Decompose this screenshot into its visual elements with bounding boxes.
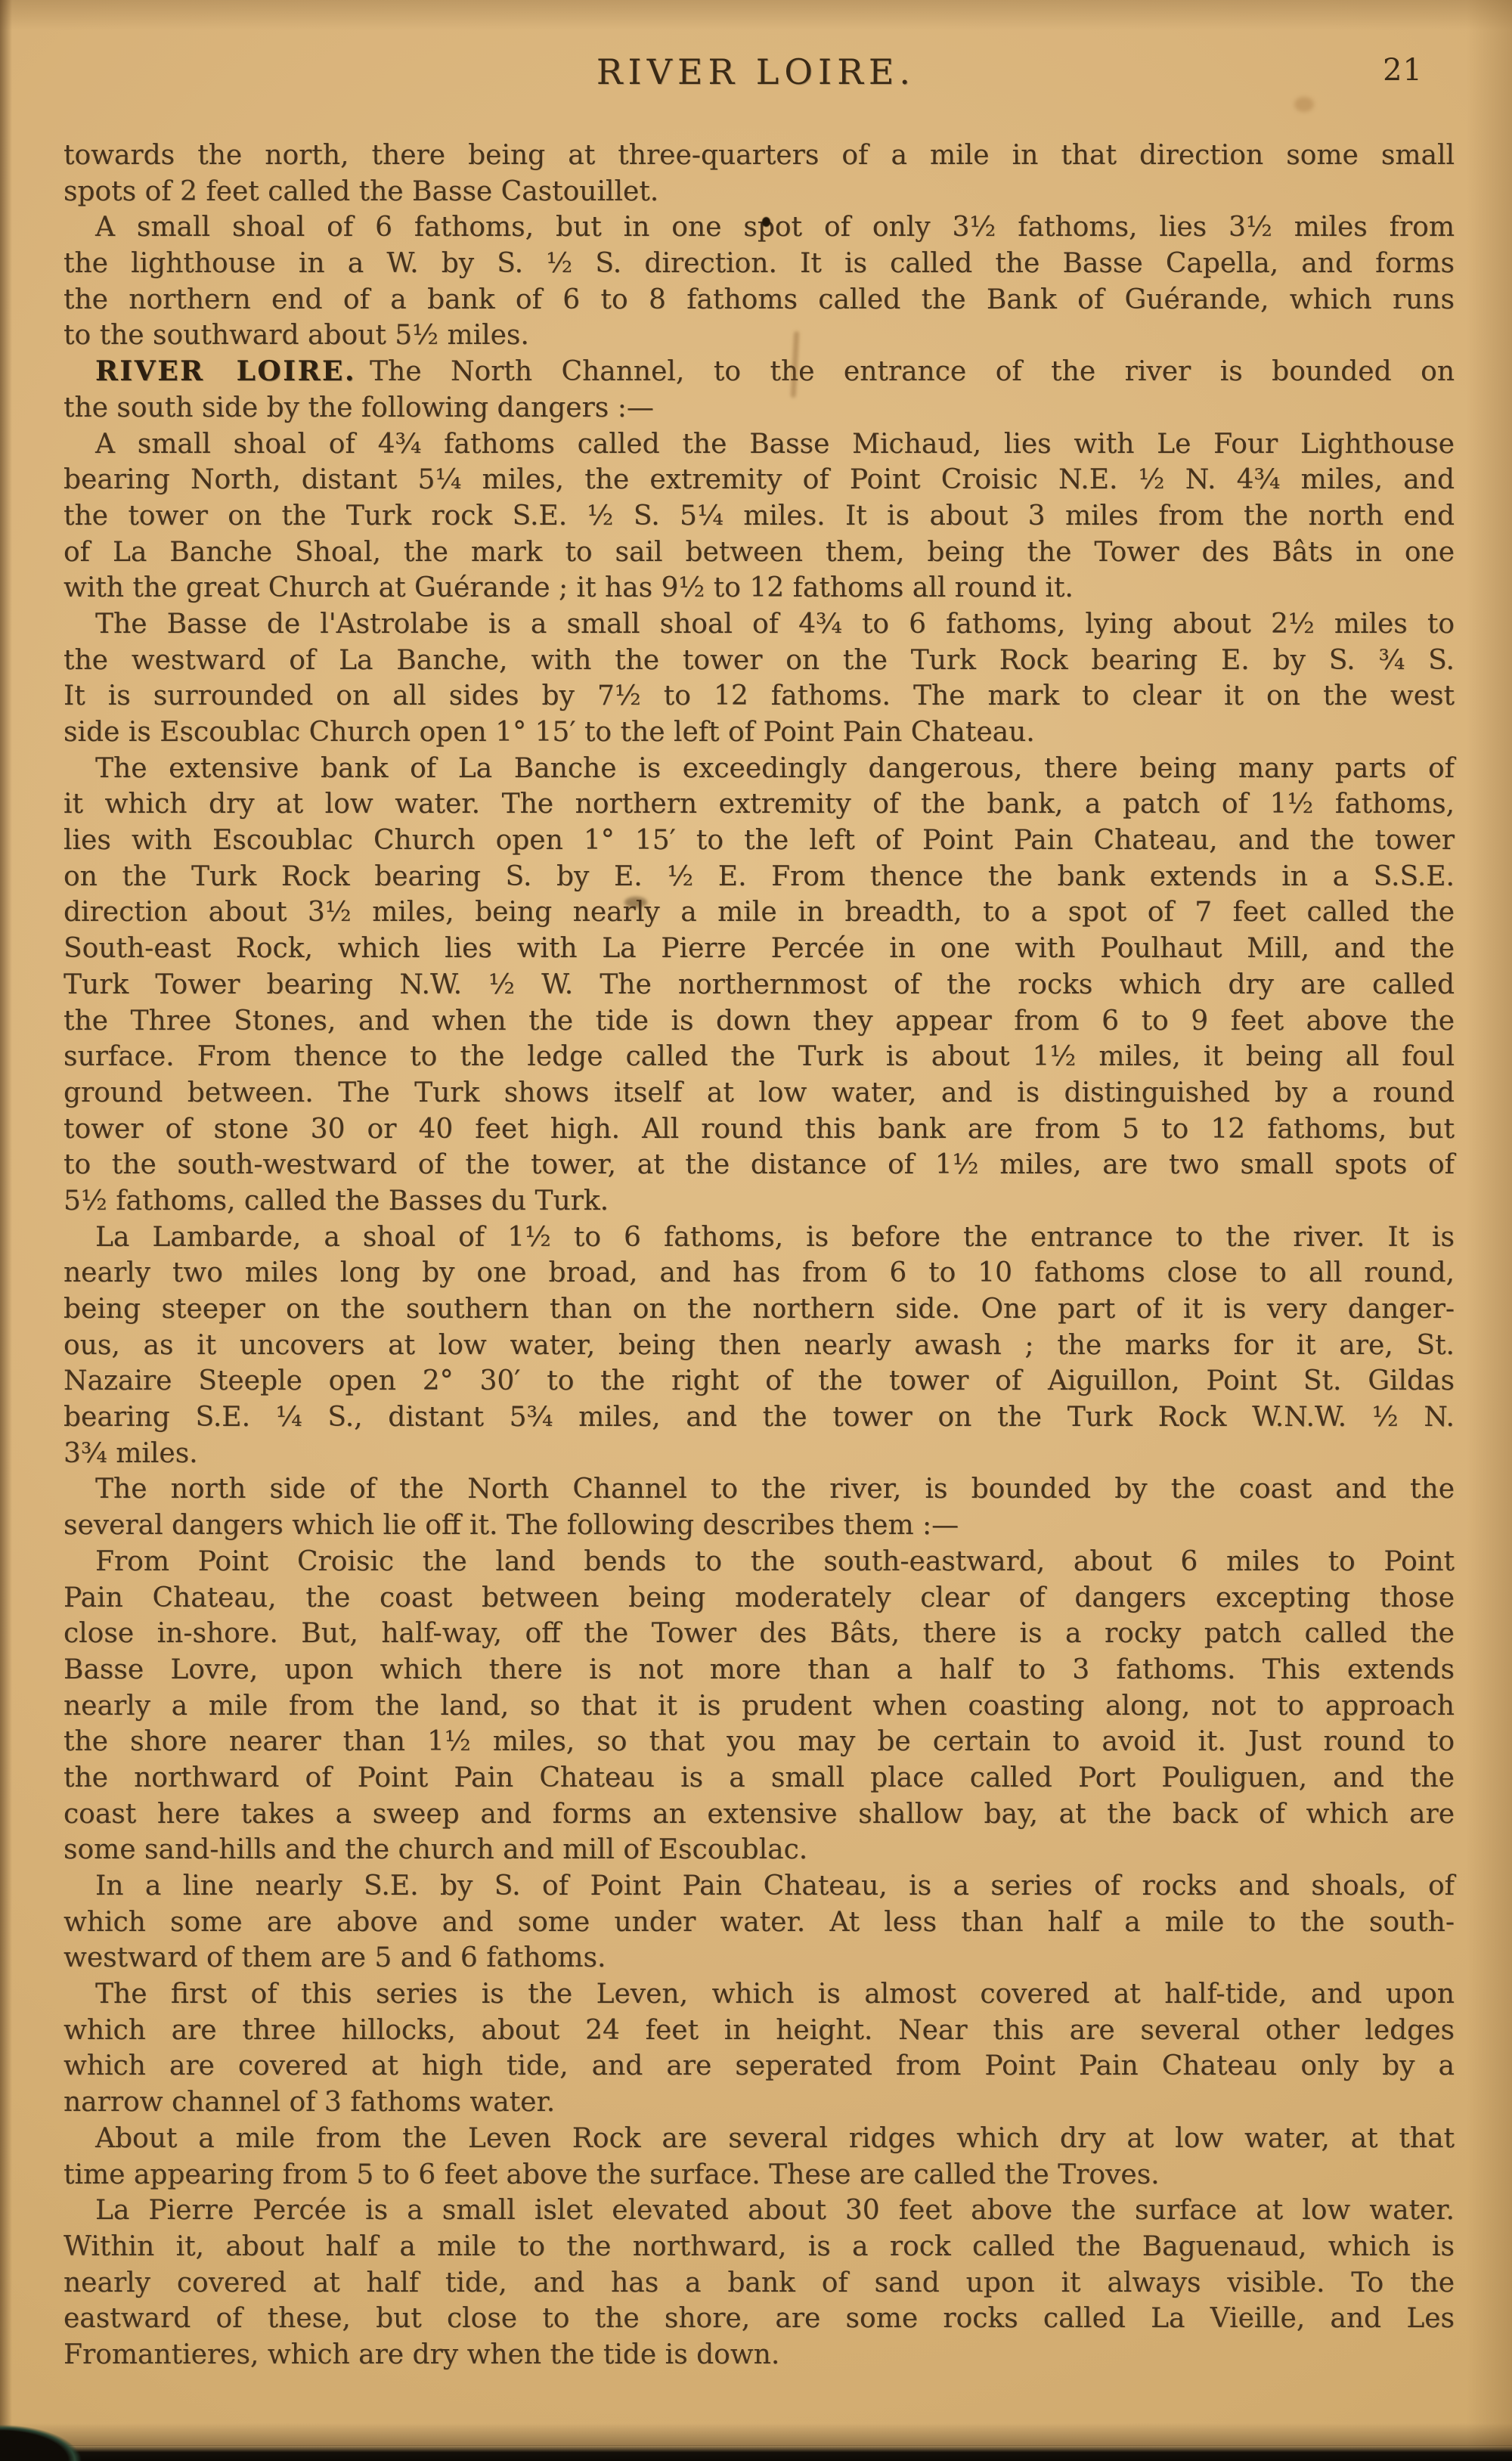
text-line: the northern end of a bank of 6 to 8 fat… [64,282,1455,318]
text-line: it which dry at low water. The northern … [64,786,1455,823]
text-line: ground between. The Turk shows itself at… [64,1075,1455,1111]
text-line: of La Banche Shoal, the mark to sail bet… [64,535,1455,571]
text-line: some sand-hills and the church and mill … [64,1832,1455,1868]
text-line: towards the north, there being at three-… [64,138,1455,174]
text-line: coast here takes a sweep and forms an ex… [64,1796,1455,1833]
text-line: About a mile from the Leven Rock are sev… [64,2121,1455,2157]
page-bottom-shading [0,2423,1512,2446]
text-line: La Pierre Percée is a small islet elevat… [64,2193,1455,2229]
text-line: which some are above and some under wate… [64,1905,1455,1941]
page-number: 21 [1383,53,1423,88]
text-line: La Lambarde, a shoal of 1½ to 6 fathoms,… [64,1220,1455,1256]
text-line: The north side of the North Channel to t… [64,1471,1455,1508]
text-line: Within it, about half a mile to the nort… [64,2229,1455,2265]
text-line: 3¾ miles. [64,1436,1455,1472]
text-line: eastward of these, but close to the shor… [64,2301,1455,2337]
text-line: A small shoal of 6 fathoms, but in one s… [64,209,1455,246]
text-line: Fromantieres, which are dry when the tid… [64,2337,1455,2373]
text-line: 5½ fathoms, called the Basses du Turk. [64,1183,1455,1220]
text-line: bearing S.E. ¼ S., distant 5¾ miles, and… [64,1399,1455,1436]
text-line: close in-shore. But, half-way, off the T… [64,1616,1455,1652]
paragraph-lead: RIVER LOIRE. [95,355,356,387]
text-line: nearly two miles long by one broad, and … [64,1255,1455,1291]
book-page-scan: RIVER LOIRE. 21 towards the north, there… [0,0,1512,2461]
text-line: the lighthouse in a W. by S. ½ S. direct… [64,246,1455,282]
stain-decoration [1294,97,1314,112]
text-line: The first of this series is the Leven, w… [64,1976,1455,2013]
text-line: tower of stone 30 or 40 feet high. All r… [64,1111,1455,1148]
text-line: Pain Chateau, the coast between being mo… [64,1580,1455,1616]
running-head-title: RIVER LOIRE. [0,51,1512,92]
text-line: several dangers which lie off it. The fo… [64,1508,1455,1544]
text-line: The Basse de l'Astrolabe is a small shoa… [64,606,1455,643]
text-line: Turk Tower bearing N.W. ½ W. The norther… [64,967,1455,1003]
text-line: the northward of Point Pain Chateau is a… [64,1760,1455,1796]
text-line: ous, as it uncovers at low water, being … [64,1328,1455,1364]
text-line: the westward of La Banche, with the towe… [64,643,1455,679]
text-line: narrow channel of 3 fathoms water. [64,2084,1455,2121]
text-line: It is surrounded on all sides by 7½ to 1… [64,678,1455,714]
text-block: towards the north, there being at three-… [64,138,1455,2373]
text-line: on the Turk Rock bearing S. by E. ½ E. F… [64,859,1455,895]
page-right-shading [1467,0,1512,2461]
text-line: westward of them are 5 and 6 fathoms. [64,1940,1455,1976]
stain-decoration [762,217,770,227]
text-line: time appearing from 5 to 6 feet above th… [64,2157,1455,2193]
text-line: The extensive bank of La Banche is excee… [64,751,1455,787]
text-line: A small shoal of 4¾ fathoms called the B… [64,426,1455,463]
text-line: direction about 3½ miles, being nearly a… [64,894,1455,931]
page-left-shading [0,0,12,2461]
text-line: nearly a mile from the land, so that it … [64,1688,1455,1725]
text-line: nearly covered at half tide, and has a b… [64,2265,1455,2301]
text-line: to the southward about 5½ miles. [64,318,1455,354]
text-line: spots of 2 feet called the Basse Castoui… [64,174,1455,210]
stain-decoration [624,897,647,908]
text-line: RIVER LOIRE.The North Channel, to the en… [64,354,1455,390]
text-line: which are covered at high tide, and are … [64,2048,1455,2084]
text-line: which are three hillocks, about 24 feet … [64,2013,1455,2049]
text-line: the Three Stones, and when the tide is d… [64,1003,1455,1040]
text-line: the south side by the following dangers … [64,390,1455,426]
text-line: In a line nearly S.E. by S. of Point Pai… [64,1868,1455,1905]
text-line: South-east Rock, which lies with La Pier… [64,931,1455,967]
page-top-shading [0,0,1512,30]
text-line: the tower on the Turk rock S.E. ½ S. 5¼ … [64,498,1455,535]
page-bottom-edge [0,2445,1512,2461]
text-line: Nazaire Steeple open 2° 30′ to the right… [64,1363,1455,1399]
text-line: side is Escoublac Church open 1° 15′ to … [64,714,1455,751]
text-line: to the south-westward of the tower, at t… [64,1147,1455,1183]
page-corner-edge [0,2401,136,2461]
text-line: with the great Church at Guérande ; it h… [64,570,1455,606]
text-line: bearing North, distant 5¼ miles, the ext… [64,462,1455,498]
text-line: lies with Escoublac Church open 1° 15′ t… [64,823,1455,859]
text-line: being steeper on the southern than on th… [64,1291,1455,1328]
text-line: surface. From thence to the ledge called… [64,1039,1455,1075]
text-line: Basse Lovre, upon which there is not mor… [64,1652,1455,1688]
text-line: From Point Croisic the land bends to the… [64,1544,1455,1580]
text-line: the shore nearer than 1½ miles, so that … [64,1724,1455,1760]
